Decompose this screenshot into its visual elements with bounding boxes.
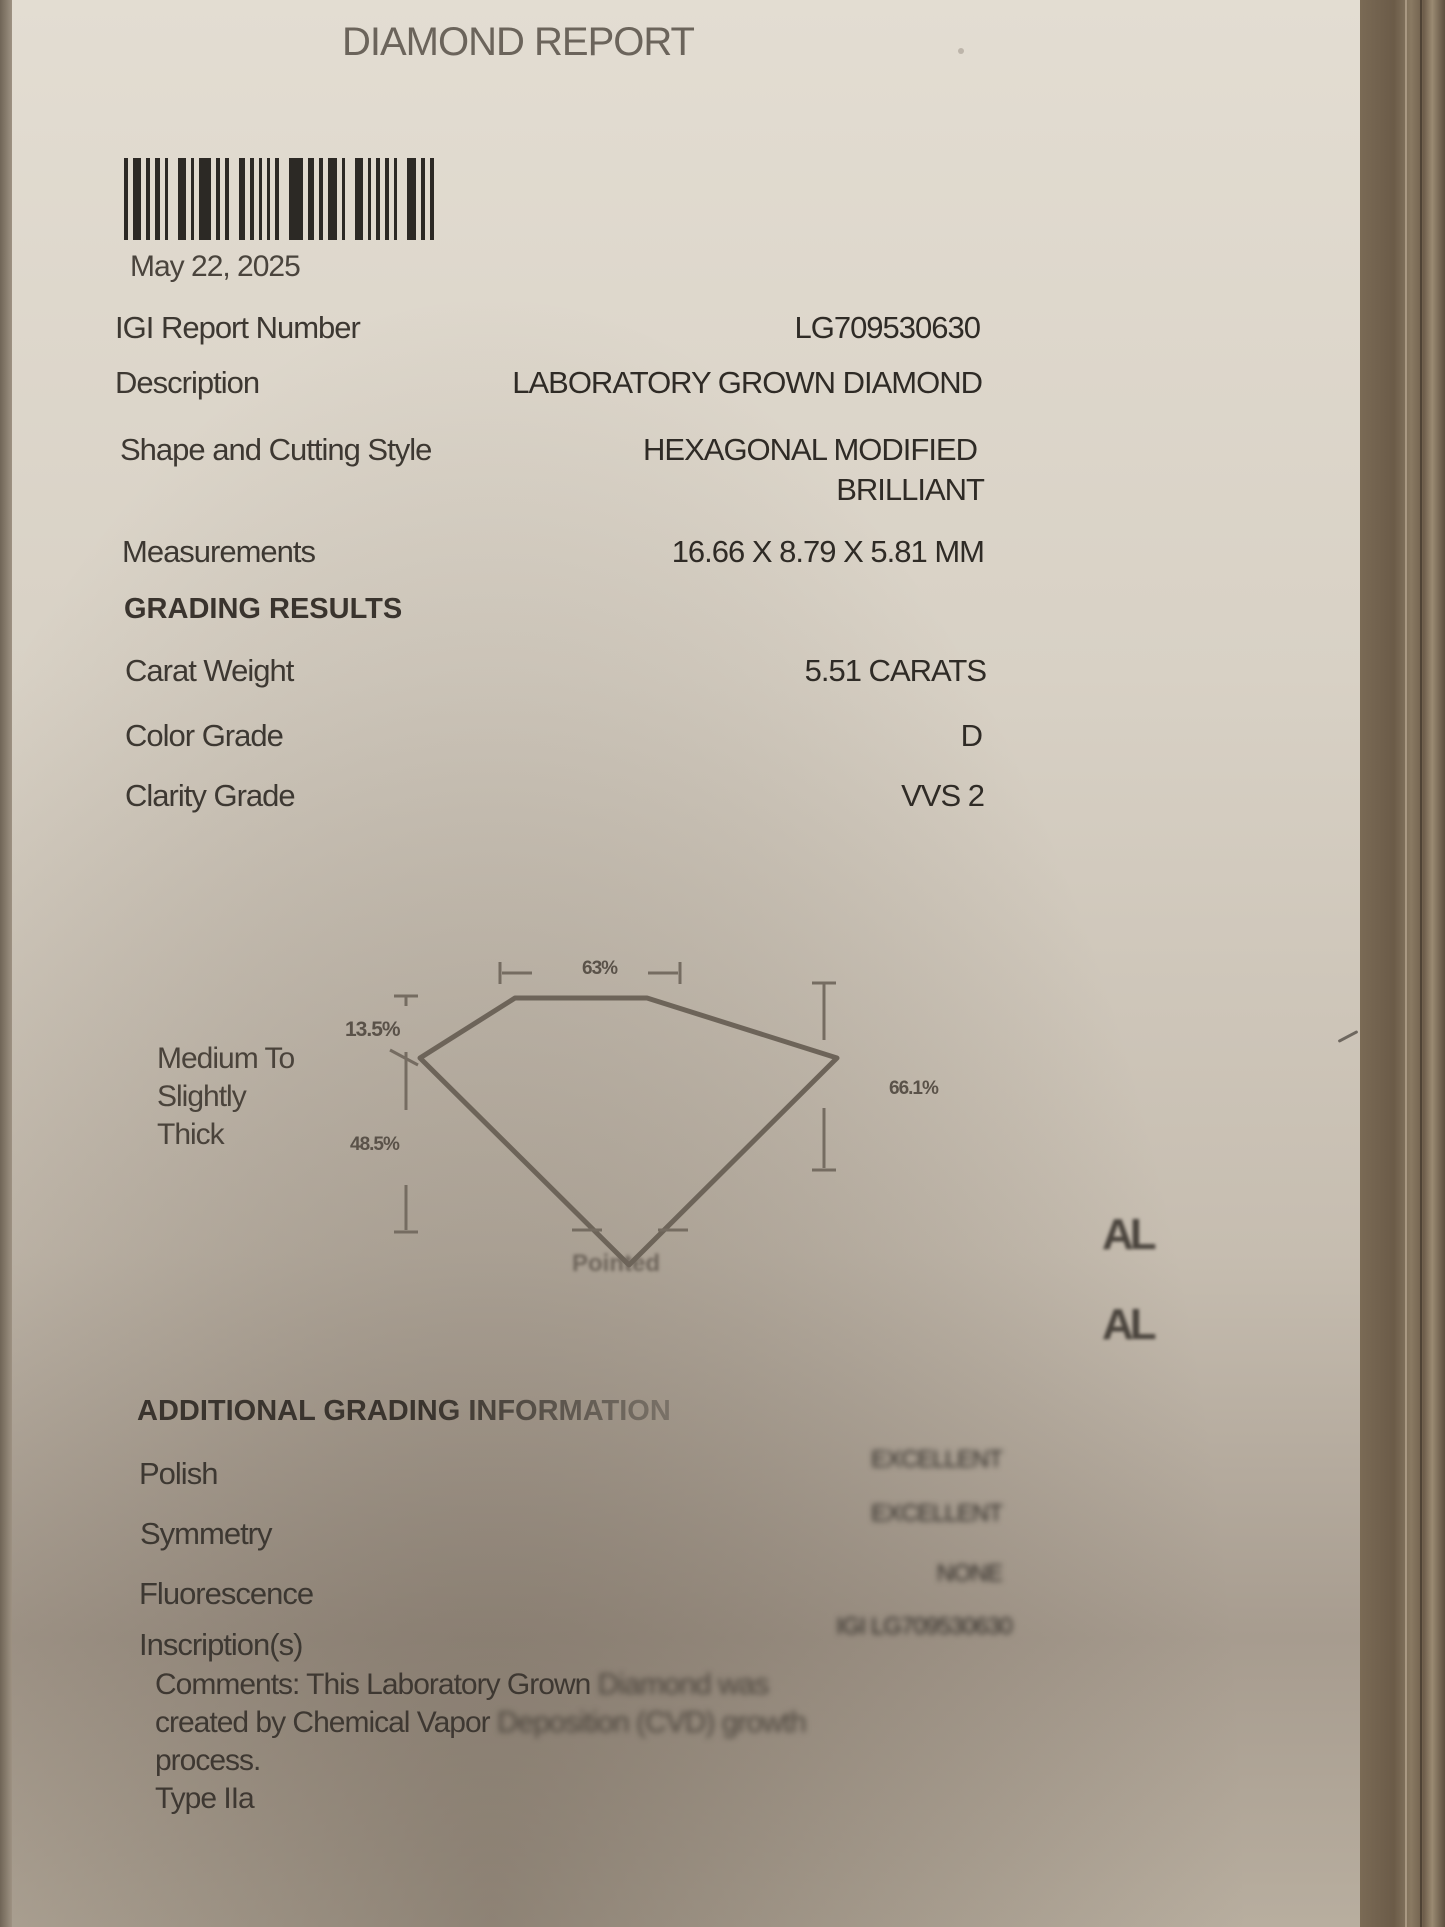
- field-value: NONE: [937, 1560, 1002, 1588]
- field-value: BRILLIANT: [836, 472, 984, 508]
- barcode-bar: [275, 158, 279, 240]
- heading-text: ADDITIONAL GRADING INFORMATION: [137, 1395, 671, 1427]
- barcode-bar: [133, 158, 141, 240]
- barcode-bar: [155, 158, 160, 240]
- field-value: D: [961, 718, 982, 754]
- barcode-bar: [308, 158, 314, 240]
- barcode: [124, 158, 636, 240]
- grading-results-heading: GRADING RESULTS: [124, 593, 402, 626]
- comment-line: Type IIa: [155, 1780, 1055, 1818]
- additional-grading-heading: ADDITIONAL GRADING INFORMATION: [137, 1395, 671, 1428]
- barcode-bar: [250, 158, 254, 240]
- report-page: DIAMOND REPORT May 22, 2025 IGI Report N…: [12, 0, 1382, 1927]
- barcode-bar: [430, 158, 434, 240]
- barcode-bar: [319, 158, 323, 240]
- barcode-bar: [267, 158, 270, 240]
- margin-mark: AL: [1102, 1300, 1153, 1350]
- report-title: DIAMOND REPORT: [342, 20, 694, 65]
- field-label: Symmetry: [140, 1516, 272, 1552]
- field-label: Carat Weight: [125, 653, 293, 689]
- girdle-description: Medium To Slightly Thick: [157, 1040, 294, 1154]
- field-value: LABORATORY GROWN DIAMOND: [512, 365, 982, 401]
- barcode-bar: [146, 158, 150, 240]
- barcode-bar: [376, 158, 380, 240]
- field-label: IGI Report Number: [115, 310, 360, 346]
- field-value: 5.51 CARATS: [805, 653, 986, 689]
- field-value: EXCELLENT: [871, 1446, 1002, 1474]
- field-value: 16.66 X 8.79 X 5.81 MM: [672, 534, 984, 570]
- field-label: Fluorescence: [139, 1576, 313, 1612]
- field-value: IGI LG709530630: [836, 1613, 1012, 1641]
- proportions-diagram: 63% 13.5% 48.5% 66.1% Medium To Slightly…: [132, 940, 1032, 1300]
- girdle-line: Slightly: [157, 1078, 294, 1116]
- girdle-line: Thick: [157, 1116, 294, 1154]
- barcode-bar: [165, 158, 168, 240]
- margin-mark: AL: [1102, 1210, 1153, 1260]
- report-date: May 22, 2025: [130, 250, 300, 284]
- barcode-bar: [328, 158, 337, 240]
- barcode-bar: [342, 158, 345, 240]
- field-label: Color Grade: [125, 718, 283, 754]
- comment-line: Comments: This Laboratory Grown Diamond …: [155, 1666, 1055, 1704]
- total-depth-percent: 66.1%: [889, 1078, 938, 1100]
- field-label: Inscription(s): [139, 1627, 302, 1663]
- girdle-line: Medium To: [157, 1040, 294, 1078]
- crown-height-percent: 13.5%: [345, 1018, 400, 1042]
- folder-edge-line: [1405, 0, 1407, 1927]
- comments-block: Comments: This Laboratory Grown Diamond …: [155, 1666, 1055, 1818]
- field-value: EXCELLENT: [871, 1500, 1002, 1528]
- barcode-bar: [178, 158, 186, 240]
- barcode-bar: [368, 158, 371, 240]
- barcode-bar: [259, 158, 262, 240]
- field-label: Measurements: [122, 534, 315, 570]
- table-percent: 63%: [582, 958, 617, 980]
- barcode-bar: [385, 158, 389, 240]
- barcode-bar: [289, 158, 303, 240]
- paper-speck: [958, 48, 964, 54]
- field-value: LG709530630: [794, 310, 980, 346]
- barcode-bar: [216, 158, 220, 240]
- folder-edge-line: [1420, 0, 1422, 1927]
- culet-description: Pointed: [572, 1250, 660, 1278]
- field-label: Description: [115, 365, 259, 401]
- barcode-bar: [199, 158, 211, 240]
- comment-line: created by Chemical Vapor Deposition (CV…: [155, 1704, 1055, 1742]
- field-label: Polish: [139, 1456, 217, 1492]
- field-label: Shape and Cutting Style: [120, 432, 431, 468]
- folder-edge: [1360, 0, 1445, 1927]
- barcode-bar: [239, 158, 245, 240]
- field-label: Clarity Grade: [125, 778, 295, 814]
- barcode-bar: [394, 158, 397, 240]
- field-value: HEXAGONAL MODIFIED: [643, 432, 977, 468]
- barcode-bar: [355, 158, 363, 240]
- barcode-bar: [191, 158, 194, 240]
- barcode-bar: [407, 158, 416, 240]
- field-value: VVS 2: [901, 778, 984, 814]
- comment-line: process.: [155, 1742, 1055, 1780]
- barcode-bar: [421, 158, 425, 240]
- barcode-bar: [124, 158, 128, 240]
- barcode-bar: [225, 158, 229, 240]
- pavilion-depth-percent: 48.5%: [350, 1134, 399, 1156]
